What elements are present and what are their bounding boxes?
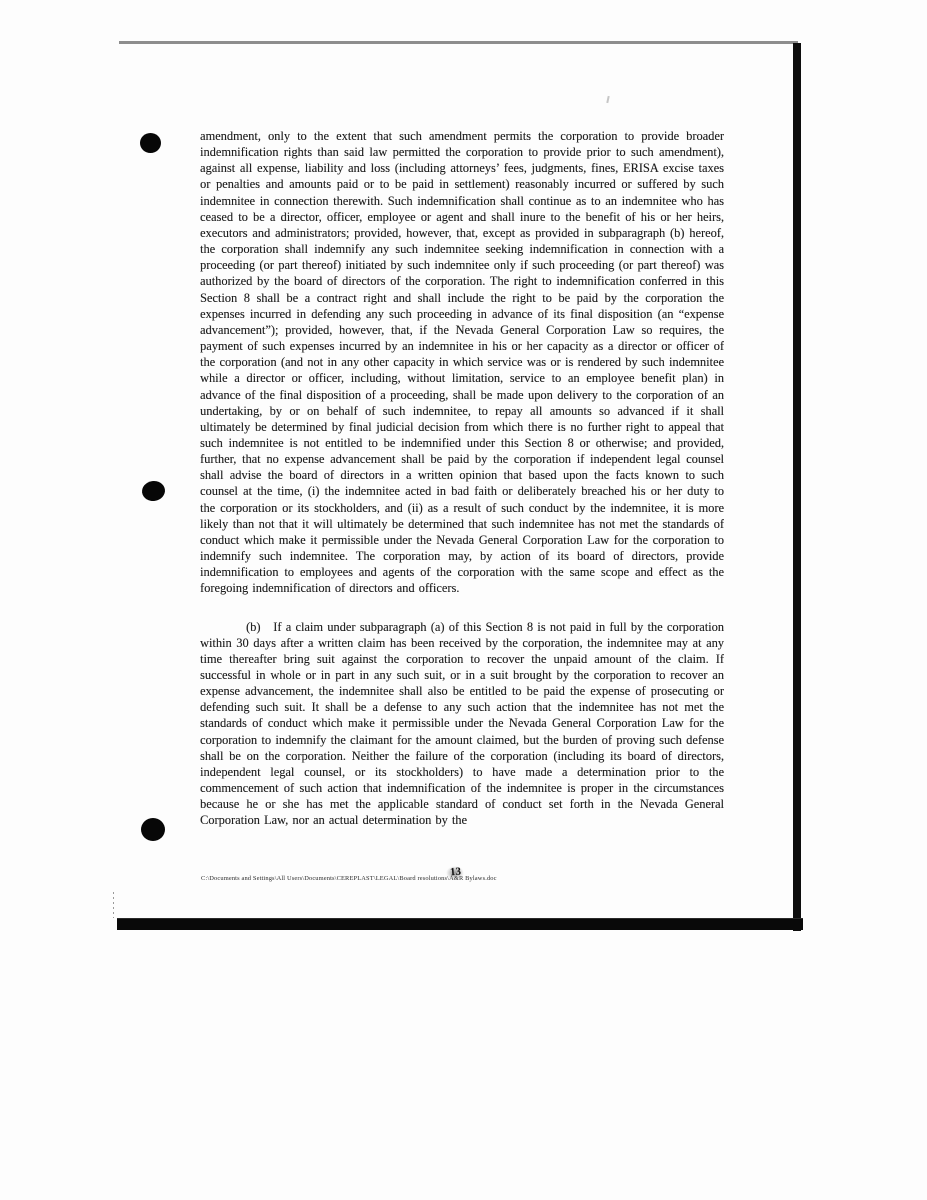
scan-right-edge-bar bbox=[793, 43, 801, 931]
scan-bottom-edge-bar bbox=[117, 918, 803, 930]
paragraph-subsection-b: (b) If a claim under subparagraph (a) of… bbox=[200, 619, 724, 829]
scan-left-edge-artifact bbox=[113, 892, 114, 918]
page-number: 13 bbox=[450, 866, 462, 879]
scanned-page: amendment, only to the extent that such … bbox=[0, 0, 927, 1200]
hole-punch-top bbox=[140, 133, 161, 153]
hole-punch-bottom bbox=[141, 818, 165, 841]
document-body: amendment, only to the extent that such … bbox=[200, 128, 724, 873]
hole-punch-middle bbox=[141, 479, 167, 502]
paragraph-amendment-continuation: amendment, only to the extent that such … bbox=[200, 128, 724, 597]
scan-top-edge-line bbox=[119, 41, 798, 44]
scan-speck bbox=[606, 96, 609, 103]
